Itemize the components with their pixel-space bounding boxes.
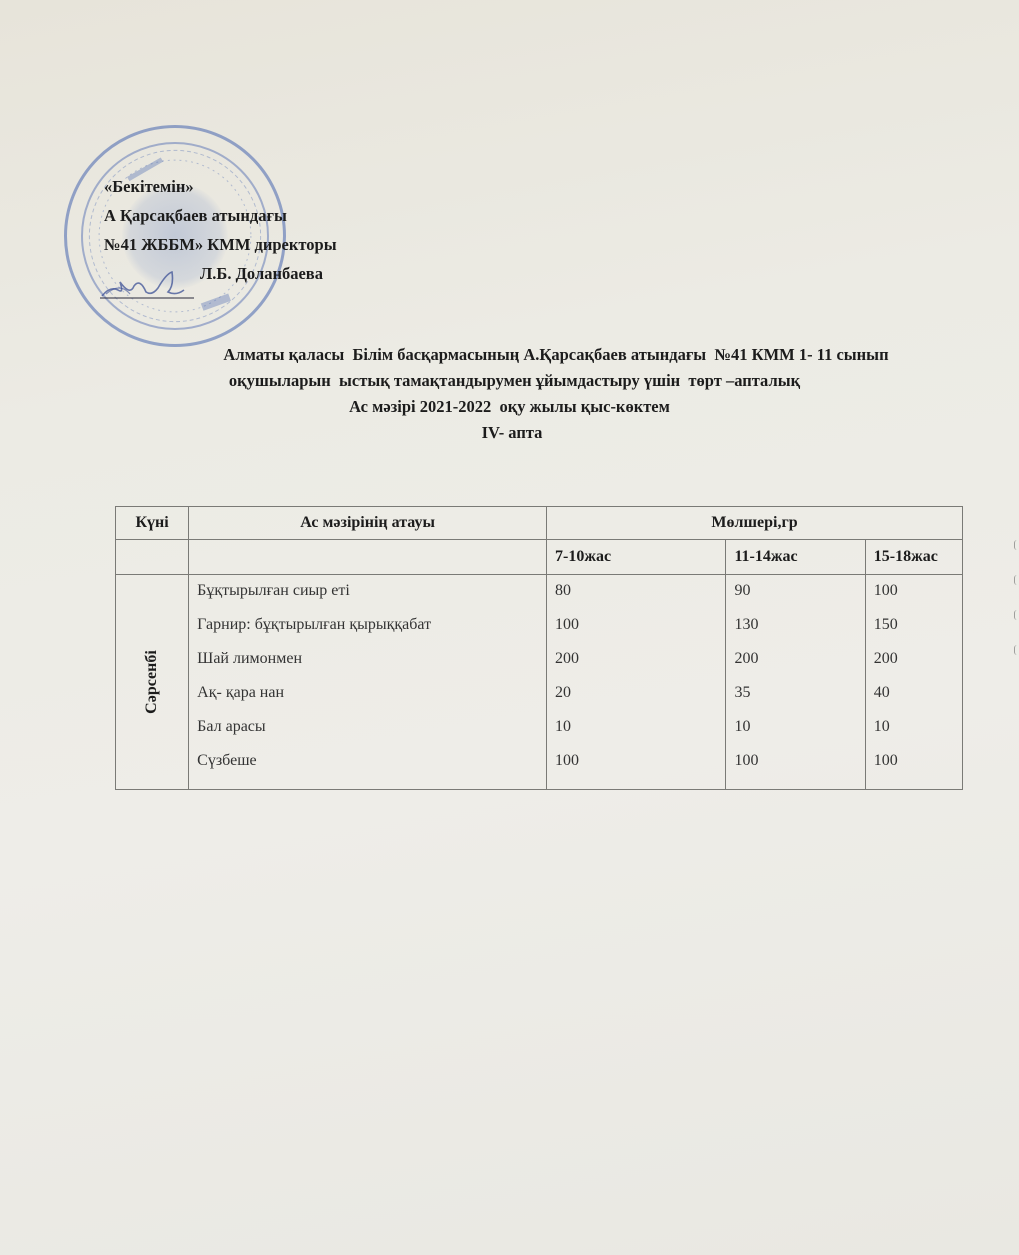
amounts-15-18-cell: 100 150 200 40 10 100: [865, 575, 962, 790]
menu-items-cell: Бұқтырылған сиыр еті Гарнир: бұқтырылған…: [189, 575, 547, 790]
amount-value: 10: [874, 715, 954, 749]
amount-value: 100: [874, 579, 954, 613]
amount-value: 90: [734, 579, 856, 613]
header-amount: Мөлшері,гр: [547, 507, 963, 540]
age-group-7-10: 7-10жас: [547, 540, 726, 575]
title-line-2: оқушыларын ыстық тамақтандырумен ұйымдас…: [0, 368, 1019, 394]
menu-table: Күні Ас мәзірінің атауы Мөлшері,гр 7-10ж…: [115, 506, 963, 790]
age-group-11-14: 11-14жас: [726, 540, 865, 575]
day-cell: Сәрсенбі: [116, 575, 189, 790]
amount-value: 40: [874, 681, 954, 715]
signature-icon: [100, 268, 195, 300]
amount-value: 10: [555, 715, 717, 749]
amount-value: 100: [555, 749, 717, 783]
title-line-1: Алматы қаласы Білім басқармасының А.Қарс…: [0, 342, 1019, 368]
menu-item: Шай лимонмен: [197, 647, 538, 681]
approval-line-2: №41 ЖББМ» КММ директоры: [104, 230, 337, 259]
title-line-4: IV- апта: [0, 420, 1019, 446]
amount-value: 10: [734, 715, 856, 749]
amount-value: 130: [734, 613, 856, 647]
amount-value: 200: [734, 647, 856, 681]
subheader-empty-day: [116, 540, 189, 575]
amount-value: 150: [874, 613, 954, 647]
amount-value: 20: [555, 681, 717, 715]
amounts-11-14-cell: 90 130 200 35 10 100: [726, 575, 865, 790]
header-menu-name: Ас мәзірінің атауы: [189, 507, 547, 540]
amount-value: 80: [555, 579, 717, 613]
amount-value: 200: [555, 647, 717, 681]
age-group-15-18: 15-18жас: [865, 540, 962, 575]
document-title: Алматы қаласы Білім басқармасының А.Қарс…: [0, 342, 1019, 446]
amount-value: 100: [874, 749, 954, 783]
amount-value: 200: [874, 647, 954, 681]
amount-value: 35: [734, 681, 856, 715]
amounts-7-10-cell: 80 100 200 20 10 100: [547, 575, 726, 790]
menu-item: Бұқтырылған сиыр еті: [197, 579, 538, 613]
approval-heading: «Бекітемін»: [104, 172, 337, 201]
approval-line-1: А Қарсақбаев атындағы: [104, 201, 337, 230]
menu-item: Гарнир: бұқтырылған қырыққабат: [197, 613, 538, 647]
table-row: Сәрсенбі Бұқтырылған сиыр еті Гарнир: бұ…: [116, 575, 963, 790]
day-label: Сәрсенбі: [143, 650, 161, 714]
title-line-3: Ас мәзірі 2021-2022 оқу жылы қыс-көктем: [0, 394, 1019, 420]
table-header-row: Күні Ас мәзірінің атауы Мөлшері,гр: [116, 507, 963, 540]
menu-item: Ақ- қара нан: [197, 681, 538, 715]
header-day: Күні: [116, 507, 189, 540]
menu-item: Бал арасы: [197, 715, 538, 749]
menu-item: Сүзбеше: [197, 749, 538, 783]
page-edge-marks: [1013, 540, 1019, 670]
amount-value: 100: [555, 613, 717, 647]
amount-value: 100: [734, 749, 856, 783]
table-subheader-row: 7-10жас 11-14жас 15-18жас: [116, 540, 963, 575]
subheader-empty-name: [189, 540, 547, 575]
